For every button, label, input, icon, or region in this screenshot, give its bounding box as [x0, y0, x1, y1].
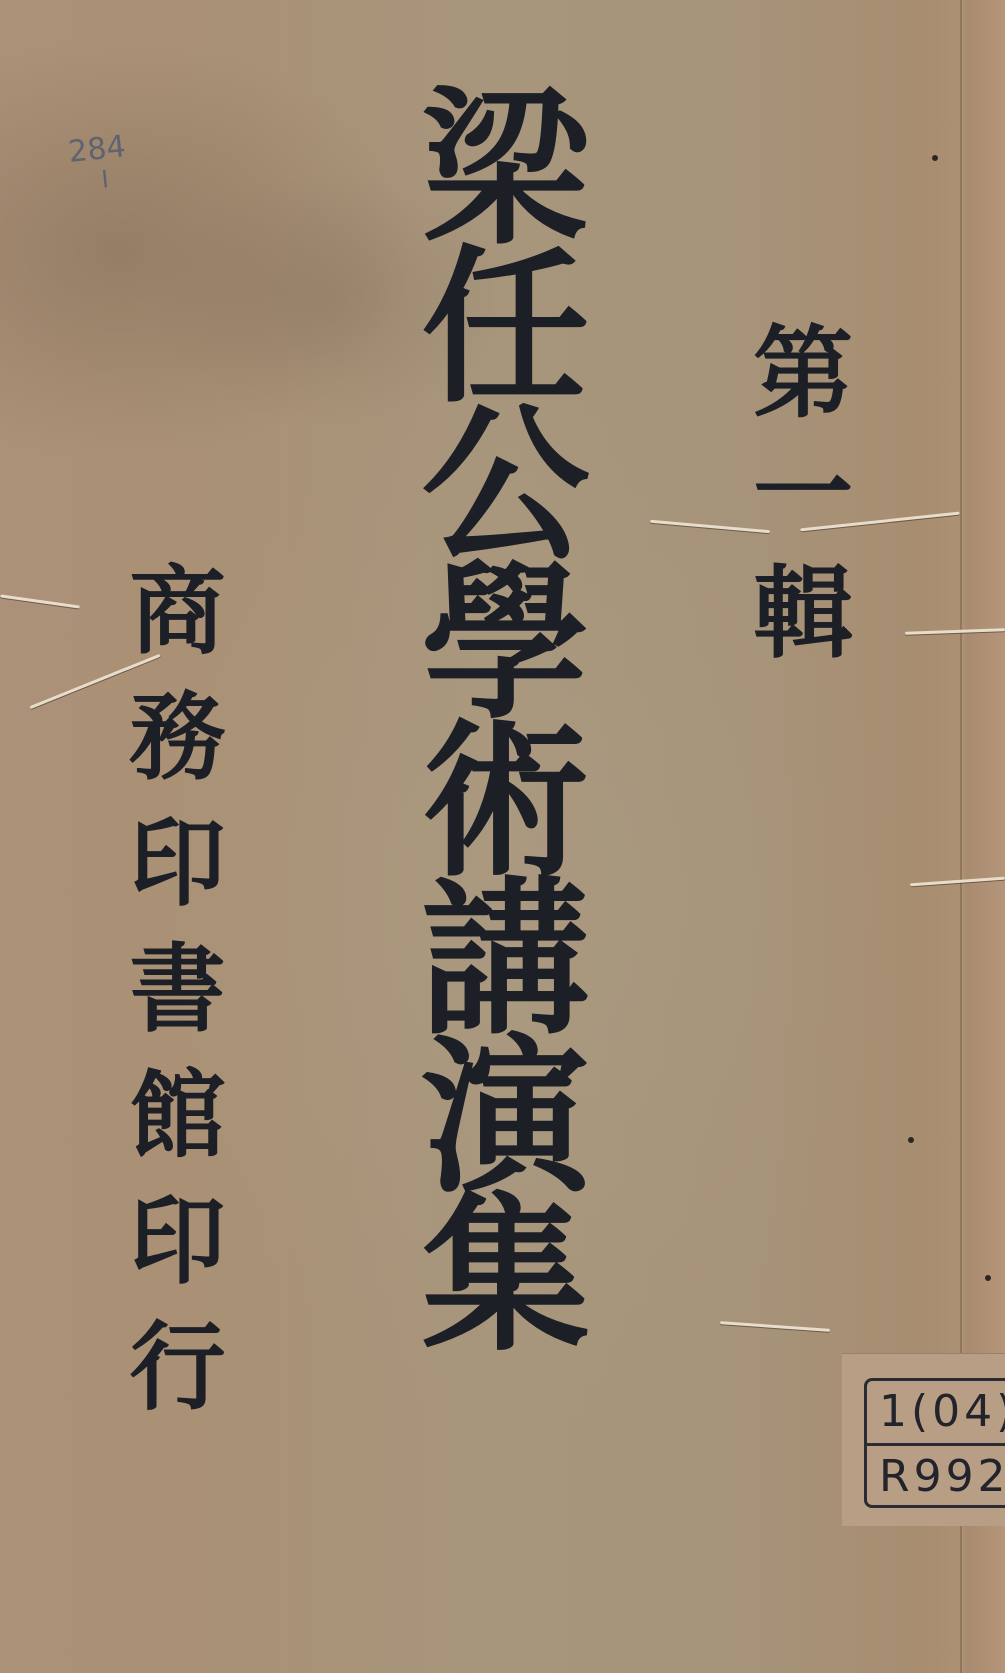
ink-spot — [908, 1137, 914, 1143]
publisher-name: 商務印書館印行 — [105, 560, 235, 1442]
book-cover: 284 I 梁任公學術講演集 第一輯 商務印書館印行 1(04) R992 — [0, 0, 1005, 1673]
volume-label: 第一輯 — [740, 320, 850, 680]
pencil-note-sub: I — [100, 162, 130, 195]
ink-spot — [985, 1275, 991, 1281]
call-number-author: R992 — [867, 1443, 1005, 1508]
paper-crack — [0, 594, 80, 608]
book-title: 梁任公學術講演集 — [388, 80, 598, 1344]
library-call-number-label: 1(04) R992 — [864, 1378, 1005, 1508]
call-number-class: 1(04) — [867, 1381, 1005, 1443]
ink-spot — [932, 155, 938, 161]
paper-crack — [720, 1321, 830, 1332]
pencil-note-number: 284 — [67, 129, 128, 170]
pencil-annotation: 284 I — [67, 132, 130, 198]
